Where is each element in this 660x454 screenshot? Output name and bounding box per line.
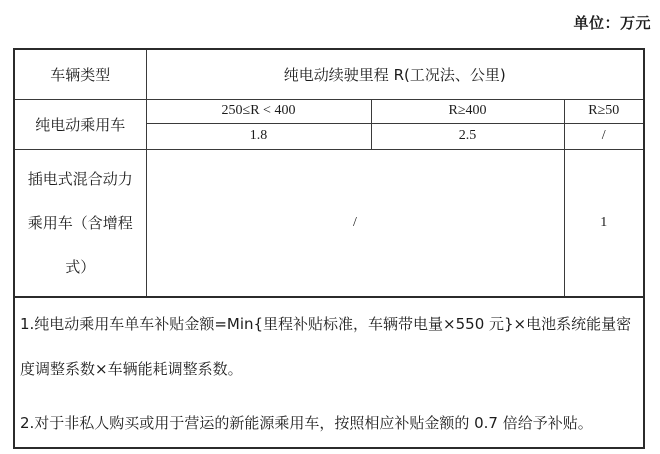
page: 单位：万元 车辆类型 纯电动续驶里程 R(工况法、公里) 纯电动乘用车 250≤…	[0, 0, 660, 454]
phev-last-value-cell: 1	[564, 149, 644, 297]
note-2: 2.对于非私人购买或用于营运的新能源乘用车，按照相应补贴金额的 0.7 倍给予补…	[20, 401, 639, 446]
notes-cell: 1.纯电动乘用车单车补贴金额=Min{里程补贴标准，车辆带电量×550 元}×电…	[14, 297, 644, 448]
bev-range-row: 纯电动乘用车 250≤R < 400 R≥400 R≥50	[14, 99, 644, 123]
bev-range-cell-2: R≥400	[371, 99, 564, 123]
subsidy-table: 车辆类型 纯电动续驶里程 R(工况法、公里) 纯电动乘用车 250≤R < 40…	[13, 48, 645, 449]
vehicle-type-header: 车辆类型	[14, 49, 146, 99]
bev-range-cell-3: R≥50	[564, 99, 644, 123]
note-1: 1.纯电动乘用车单车补贴金额=Min{里程补贴标准，车辆带电量×550 元}×电…	[20, 302, 639, 392]
notes-row: 1.纯电动乘用车单车补贴金额=Min{里程补贴标准，车辆带电量×550 元}×电…	[14, 297, 644, 448]
range-header: 纯电动续驶里程 R(工况法、公里)	[146, 49, 644, 99]
bev-value-cell-1: 1.8	[146, 123, 371, 149]
unit-label: 单位：万元	[573, 12, 651, 33]
bev-row-label: 纯电动乘用车	[14, 99, 146, 149]
phev-merged-value-cell: /	[146, 149, 564, 297]
bev-value-cell-2: 2.5	[371, 123, 564, 149]
phev-row-label: 插电式混合动力乘用车（含增程式）	[14, 149, 146, 297]
bev-range-cell-1: 250≤R < 400	[146, 99, 371, 123]
bev-value-cell-3: /	[564, 123, 644, 149]
table-header-row: 车辆类型 纯电动续驶里程 R(工况法、公里)	[14, 49, 644, 99]
phev-row: 插电式混合动力乘用车（含增程式） / 1	[14, 149, 644, 297]
